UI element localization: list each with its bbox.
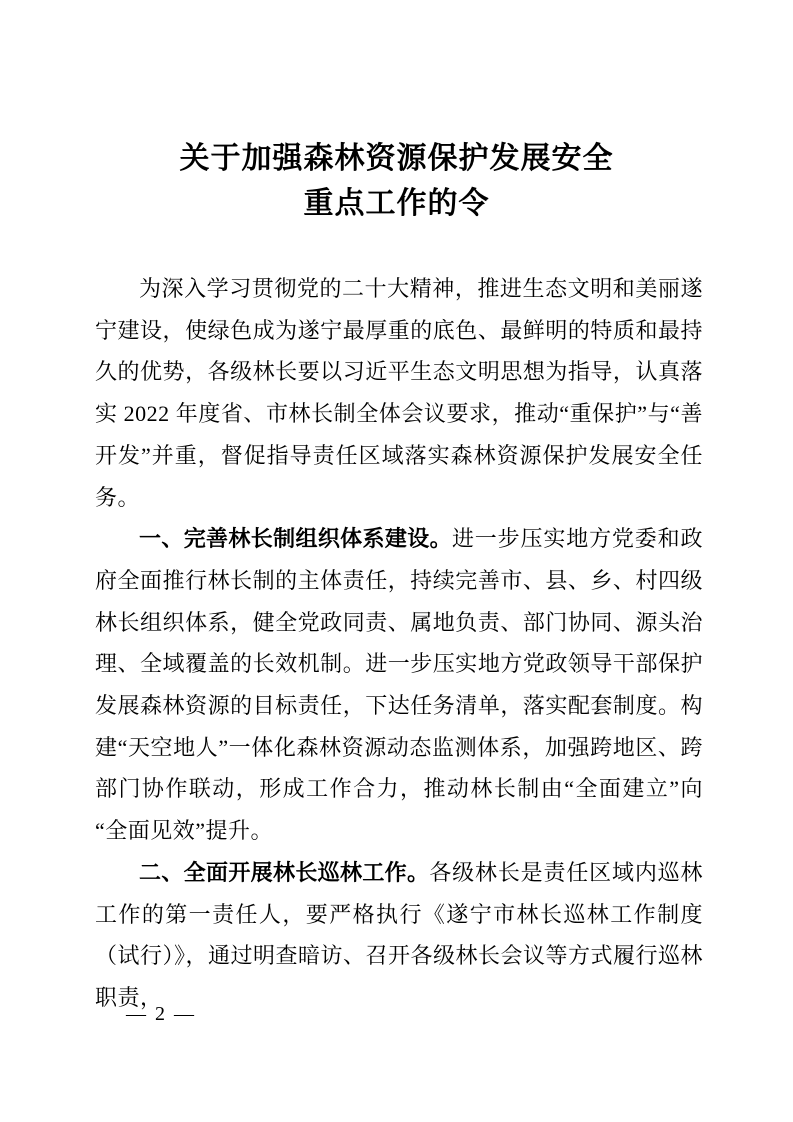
section-2-heading: 二、全面开展林长巡林工作。 bbox=[139, 860, 429, 885]
section-1-heading: 一、完善林长制组织体系建设。 bbox=[139, 526, 452, 551]
paragraph-section-1: 一、完善林长制组织体系建设。进一步压实地方党委和政府全面推行林长制的主体责任，持… bbox=[95, 518, 703, 852]
section-1-text: 进一步压实地方党委和政府全面推行林长制的主体责任，持续完善市、县、乡、村四级林长… bbox=[95, 526, 703, 843]
document-title: 关于加强森林资源保护发展安全 重点工作的令 bbox=[0, 136, 793, 226]
document-body: 为深入学习贯彻党的二十大精神，推进生态文明和美丽遂宁建设，使绿色成为遂宁最厚重的… bbox=[95, 268, 703, 1019]
paragraph-intro: 为深入学习贯彻党的二十大精神，推进生态文明和美丽遂宁建设，使绿色成为遂宁最厚重的… bbox=[95, 268, 703, 518]
document-title-line1: 关于加强森林资源保护发展安全 bbox=[180, 142, 614, 175]
document-title-line2: 重点工作的令 bbox=[304, 187, 490, 220]
paragraph-intro-text: 为深入学习贯彻党的二十大精神，推进生态文明和美丽遂宁建设，使绿色成为遂宁最厚重的… bbox=[95, 276, 703, 510]
page-number: — 2 — bbox=[126, 1002, 196, 1026]
paragraph-section-2: 二、全面开展林长巡林工作。各级林长是责任区域内巡林工作的第一责任人，要严格执行《… bbox=[95, 852, 703, 1019]
document-page: 关于加强森林资源保护发展安全 重点工作的令 为深入学习贯彻党的二十大精神，推进生… bbox=[0, 0, 793, 1122]
